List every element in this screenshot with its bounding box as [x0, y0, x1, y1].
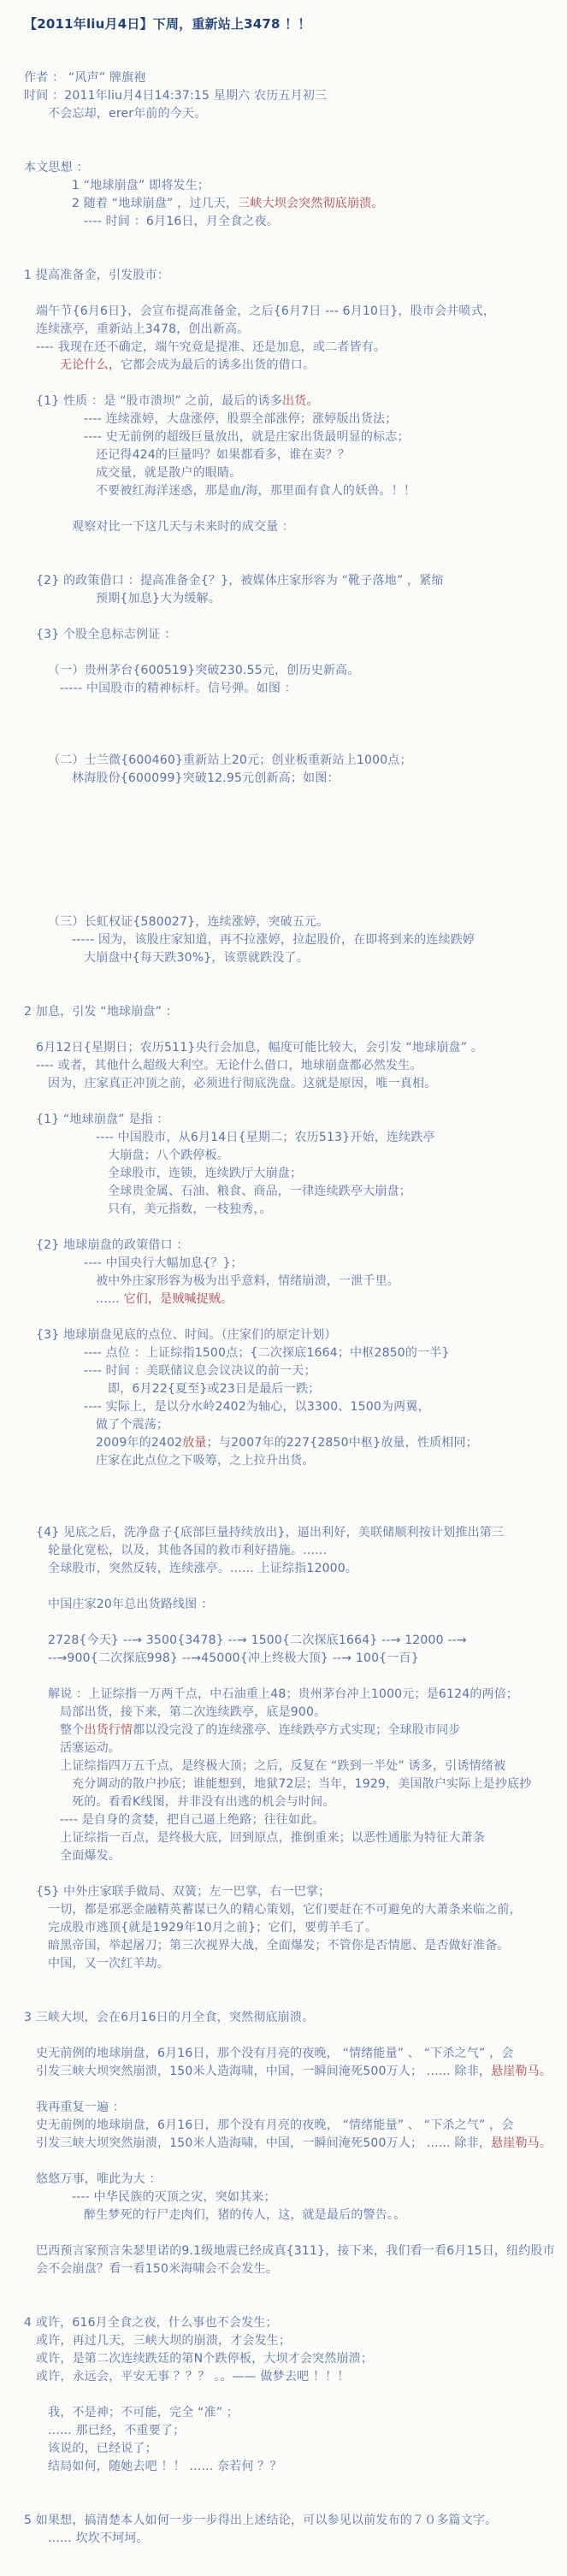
text-line: 做了个震荡； — [24, 1416, 558, 1434]
text-line: （三）长虹权证{580027}，连续涨婷，突破五元。 — [24, 913, 558, 931]
text-line: 不要被红海洋迷惑，那是血/海，那里面有食人的妖兽。！！ — [24, 482, 558, 500]
text-segment: ；与2007年的227{2850中枢}放量，性质相同； — [207, 1436, 478, 1450]
text-segment: {5} 中外庄家联手做局、双簧；左一巴掌，右一巴掌； — [36, 1885, 330, 1899]
text-line: 或许，是第二次连续跌廷的第N个跌停板，大坝才会突然崩溃； — [24, 2350, 558, 2368]
text-segment: 引发三峡大坝突然崩溃，150米人造海啸，中国，一瞬间淹死500万人； .....… — [36, 2136, 491, 2150]
text-line: 整个出货行情都以没完没了的连续涨亭、连续跌亭方式实现；全球股市同步 — [24, 1722, 558, 1740]
highlighted-text: 三峡大坝会突然彻底崩溃。 — [238, 197, 383, 210]
text-segment: 观察对比一下这几天与未来时的成交量 ： — [72, 520, 294, 534]
text-line: ...... 那已经，不重要了； — [24, 2422, 558, 2440]
text-line: ---- 我现在还不确定，端午究竟是提准、还是加息，或二者皆有。 — [24, 339, 558, 357]
text-segment: {4} 见底之后，洗净盘子{底部巨量持续放出}，逼出利好，美联储顺利按计划推出第… — [36, 1526, 504, 1539]
text-line: ---- 点位 ：上证综指1500点；{二次探底1664；中枢2850的一半} — [24, 1344, 558, 1362]
text-segment: 6月12日{星期日；农历511}央行会加息，幅度可能比较大，会引发 “地球崩盘”… — [36, 1041, 483, 1055]
text-line: ---- 连续涨婷，大盘涨停，股票全部涨停；涨婷版出货法； — [24, 411, 558, 428]
text-segment: 不会忘却，erer年前的今天。 — [48, 107, 206, 121]
text-line: 2 加息，引发 “地球崩盘” ： — [24, 1003, 558, 1021]
text-segment: 巴西预言家预言朱瑟里诺的9.1级地震已经成真{311}，接下来，我们看一看6月1… — [36, 2244, 555, 2258]
text-segment: {2} 的政策借口 ：提高准备金{？}，被媒体庄家形容为 “靴子落地” ，紧缩 — [36, 574, 444, 588]
text-line: --→900{二次探底998} --→45000{冲上终极大顶} --→ 100… — [24, 1650, 558, 1668]
text-segment: 死的。看看K线图，并非没有出逃的机会与时间。 — [72, 1795, 335, 1809]
text-segment: ---- 点位 ：上证综指1500点；{二次探底1664；中枢2850的一半} — [84, 1346, 450, 1360]
text-segment: 作者 ： “风声” 牌旗袍 — [24, 71, 145, 85]
text-line: 端午节{6月6日}，会宣布提高准备金，之后{6月7日 --- 6月10日}，股市… — [24, 303, 558, 321]
text-line: {1} “地球崩盘” 是指 ： — [24, 1111, 558, 1129]
text-line: ---- 中国央行大幅加息{？}； — [24, 1255, 558, 1273]
highlighted-text: 放量 — [182, 1436, 206, 1450]
text-segment: 本文思想 ： — [24, 161, 89, 174]
text-segment: 时间 ：2011年liu月4日14:37:15 星期六 农历五月初三 — [24, 89, 327, 103]
text-segment: 【2011年liu月4日】下周，重新站上3478 ！！ — [24, 16, 311, 32]
text-segment: 解说 ：上证综指一万两千点，中石油重上48；贵州茅台冲上1000元；是6124的… — [48, 1687, 518, 1701]
time-line: 时间 ：2011年liu月4日14:37:15 星期六 农历五月初三 — [24, 87, 558, 105]
text-segment: 结局如何，随她去吧 ！！ ...... 奈若何 ？？ — [48, 2460, 282, 2473]
text-line: ---- 中国股市，从6月14日{星期二；农历513}开始，连续跌亭 — [24, 1129, 558, 1147]
text-segment: 5 如果想，搞清楚本人如何一步一步得出上述结论，可以参见以前发布的７０多篇文字。 — [24, 2514, 497, 2527]
text-segment: 即，6月22{夏至}或23日是最后一跌； — [108, 1382, 320, 1396]
text-line: 引发三峡大坝突然崩溃，150米人造海啸，中国，一瞬间淹死500万人； .....… — [24, 2135, 558, 2153]
text-line: 全球股市，突然反转，连续涨亭。...... 上证综指12000。 — [24, 1560, 558, 1578]
text-segment: 轮量化宽松，以及，其他各国的救市利好措施。...... — [48, 1544, 327, 1557]
author-line: 作者 ： “风声” 牌旗袍 — [24, 69, 558, 87]
text-segment: ...... 坎坎不坷坷。 — [48, 2532, 149, 2545]
text-segment: 2009年的2402 — [96, 1436, 182, 1450]
text-segment: 或许，是第二次连续跌廷的第N个跌停板，大坝才会突然崩溃； — [36, 2352, 373, 2366]
text-segment: 中国，又一次红羊劫。 — [48, 1957, 169, 1970]
text-segment: 2728{今天} --→ 3500{3478} --→ 1500{二次探底166… — [48, 1634, 467, 1647]
text-segment: （一）贵州茅台{600519}突破230.55元，创历史新高。 — [48, 664, 359, 677]
text-line: 只有，美元指数，一枝独秀，。 — [24, 1201, 558, 1219]
text-segment: 都以没完没了的连续涨亭、连续跌亭方式实现；全球股市同步 — [133, 1723, 460, 1737]
text-segment: ---- 实际上，是以分水岭2402为轴心，以3300、1500为两翼， — [84, 1400, 430, 1414]
text-segment: 完成股市逃顶{就是1929年10月之前}；它们，要剪羊毛了。 — [48, 1921, 377, 1935]
text-line: 该说的，已经说了； — [24, 2440, 558, 2458]
text-segment: 林海股份{600099}突破12.95元创新高；如图： — [72, 771, 340, 785]
text-segment: {3} 地球崩盘见底的点位、时间。（庄家们的原定计划） — [36, 1328, 337, 1342]
text-line: 上证综指四万五千点，是终极大顶；之后，反复在 “跌到一半处” 诱多，引诱情绪被 — [24, 1758, 558, 1775]
text-segment: 全球贵金属、石油、粮食、商品，一律连续跌亭大崩盘； — [108, 1185, 411, 1198]
highlighted-text: 悬崖勒马。 — [491, 2136, 552, 2150]
text-line: 观察对比一下这几天与未来时的成交量 ： — [24, 518, 558, 536]
text-segment: {1} 性质 ：是 “股市溃坝” 之前，最后的诱多 — [36, 394, 282, 408]
text-segment: 醉生梦死的行尸走肉们，猪的传人，这，就是最后的警告。。 — [84, 2208, 405, 2222]
highlighted-text: 无论什么 — [60, 358, 109, 372]
text-segment: ---- 是自身的贪婪，把自己逼上绝路；往往如此。 — [60, 1813, 325, 1827]
text-line: 一切，都是邪恶金融精英蓄谋已久的精心策划，它们要赶在不可避免的大萧条来临之前， — [24, 1901, 558, 1919]
text-segment: 我再重复一遍 ： — [36, 2100, 125, 2114]
text-segment: ---- 中国股市，从6月14日{星期二；农历513}开始，连续跌亭 — [96, 1131, 435, 1144]
text-line: 林海股份{600099}突破12.95元创新高；如图： — [24, 770, 558, 788]
text-segment: ...... — [96, 1292, 124, 1306]
text-segment: 端午节{6月6日}，会宣布提高准备金，之后{6月7日 --- 6月10日}，股市… — [36, 304, 495, 318]
text-segment: 整个 — [60, 1723, 84, 1737]
text-segment: 只有，美元指数，一枝独秀，。 — [108, 1202, 272, 1216]
text-segment: 会不会崩盘？看一看150米海啸会不会发生。 — [36, 2262, 278, 2276]
text-line: 还记得424的巨量吗？如果都看多，谁在卖？？ — [24, 446, 558, 464]
text-line: 预期{加息}大为缓解。 — [24, 590, 558, 608]
text-line: 无论什么，它都会成为最后的诱多出货的借口。 — [24, 357, 558, 375]
highlighted-text: 出货行情 — [84, 1723, 133, 1737]
text-segment: ---- 我现在还不确定，端午究竟是提准、还是加息，或二者皆有。 — [36, 340, 386, 354]
text-line: 暗黑帝国，举起屠刀；第三次视界大战，全面爆发；不管你是否情愿、是否做好准备。 — [24, 1937, 558, 1955]
text-line: {3} 地球崩盘见底的点位、时间。（庄家们的原定计划） — [24, 1326, 558, 1344]
text-segment: 预期{加息}大为缓解。 — [96, 592, 221, 606]
text-line: 巴西预言家预言朱瑟里诺的9.1级地震已经成真{311}，接下来，我们看一看6月1… — [24, 2242, 558, 2260]
text-segment: （二）士兰微{600460}重新站上20元；创业板重新站上1000点； — [48, 753, 412, 767]
text-line: 不会忘却，erer年前的今天。 — [24, 105, 558, 123]
text-line: 庄家在此点位之下吸筹，之上拉升出货。 — [24, 1452, 558, 1470]
text-line: 即，6月22{夏至}或23日是最后一跌； — [24, 1380, 558, 1398]
text-segment: 3 三峡大坝，会在6月16日的月全食，突然彻底崩溃。 — [24, 2011, 314, 2024]
text-segment: ---- 时间 ：6月16日，月全食之夜。 — [84, 215, 279, 228]
text-line: 或许，永远会，平安无事 ？？？ 。。—— 做梦去吧 ！！！ — [24, 2368, 558, 2386]
text-line: 引发三峡大坝突然崩溃，150米人造海啸，中国，一瞬间淹死500万人； .....… — [24, 2063, 558, 2081]
text-line: 结局如何，随她去吧 ！！ ...... 奈若何 ？？ — [24, 2458, 558, 2476]
text-segment: 或许，永远会，平安无事 ？？？ 。。—— 做梦去吧 ！！！ — [36, 2370, 350, 2384]
text-segment: 4 或许，616月全食之夜，什么事也不会发生； — [24, 2316, 278, 2330]
text-line: {3} 个股全息标志例证 ： — [24, 626, 558, 644]
text-line: ...... 坎坎不坷坷。 — [24, 2530, 558, 2548]
text-segment: 成交量，就是散户的眼睛。 — [96, 466, 241, 480]
text-segment: 或许，再过几天，三峡大坝的崩溃，才会发生； — [36, 2334, 291, 2348]
text-segment: 史无前例的地球崩盘，6月16日，那个没有月亮的夜晚， “情绪能量” 、 “下杀之… — [36, 2047, 514, 2060]
text-segment: 被中外庄家形容为极为出乎意料，情绪崩溃，一泄千里。 — [96, 1274, 399, 1288]
text-segment: 1 提高准备金，引发股市： — [24, 269, 169, 282]
text-segment: 全球股市，连锁，连续跌厅大崩盘； — [108, 1167, 302, 1180]
text-line: 全球贵金属、石油、粮食、商品，一律连续跌亭大崩盘； — [24, 1183, 558, 1201]
text-line: 2728{今天} --→ 3500{3478} --→ 1500{二次探底166… — [24, 1632, 558, 1650]
text-line: {4} 见底之后，洗净盘子{底部巨量持续放出}，逼出利好，美联储顺利按计划推出第… — [24, 1524, 558, 1542]
text-line: 2009年的2402放量；与2007年的227{2850中枢}放量，性质相同； — [24, 1434, 558, 1452]
document-body: 【2011年liu月4日】下周，重新站上3478 ！！作者 ： “风声” 牌旗袍… — [24, 14, 558, 2548]
text-line: （一）贵州茅台{600519}突破230.55元，创历史新高。 — [24, 662, 558, 680]
text-segment: 我，不是神；不可能，完全 “准” ； — [48, 2406, 239, 2419]
text-segment: ---- 中国央行大幅加息{？}； — [84, 1256, 243, 1270]
text-line: {2} 地球崩盘的政策借口 ： — [24, 1237, 558, 1255]
text-line: 1 提高准备金，引发股市： — [24, 267, 558, 285]
text-segment: ---- 时间 ：美联储议息会议决议的前一天； — [84, 1364, 316, 1378]
text-segment: 全球股市，突然反转，连续涨亭。...... 上证综指12000。 — [48, 1562, 357, 1575]
text-line: （二）士兰微{600460}重新站上20元；创业板重新站上1000点； — [24, 752, 558, 770]
text-segment: 上证综指四万五千点，是终极大顶；之后，反复在 “跌到一半处” 诱多，引诱情绪被 — [60, 1759, 505, 1773]
text-line: {2} 的政策借口 ：提高准备金{？}，被媒体庄家形容为 “靴子落地” ，紧缩 — [24, 572, 558, 590]
text-segment: 局部出货，接下来，第二次连续跌亭，底是900。 — [60, 1705, 326, 1719]
text-segment: 悠悠万事，唯此为大 ： — [36, 2172, 162, 2186]
text-segment: 一切，都是邪恶金融精英蓄谋已久的精心策划，它们要赶在不可避免的大萧条来临之前， — [48, 1903, 522, 1917]
text-line: 5 如果想，搞清楚本人如何一步一步得出上述结论，可以参见以前发布的７０多篇文字。 — [24, 2512, 558, 2530]
text-line: 悠悠万事，唯此为大 ： — [24, 2171, 558, 2189]
text-line: ---- 时间 ：美联储议息会议决议的前一天； — [24, 1362, 558, 1380]
text-line: ---- 时间 ：6月16日，月全食之夜。 — [24, 213, 558, 231]
text-segment: 上证综指一百点，是终极大底，回到原点，推倒重来；以恶性通胀为特征大萧条 — [60, 1831, 485, 1845]
text-segment: {1} “地球崩盘” 是指 ： — [36, 1113, 169, 1126]
text-segment: 1 “地球崩盘” 即将发生； — [72, 179, 210, 192]
text-line: ---- 中华民族的灭顶之灾，突如其来； — [24, 2189, 558, 2207]
text-line: 或许，再过几天，三峡大坝的崩溃，才会发生； — [24, 2332, 558, 2350]
text-segment: ----- 中国股市的精神标杆。信号弹。如图 ： — [60, 682, 297, 695]
text-segment: 活塞运动。 — [60, 1741, 121, 1755]
text-segment: ----- 因为，该股庄家知道，再不拉涨婷，拉起股价，在即将到来的连续跌婷 — [72, 933, 475, 947]
text-line: 因为，庄家真正冲顶之前，必须进行彻底洗盘。这就是原因，唯一真相。 — [24, 1075, 558, 1093]
text-line: ---- 或者，其他什么超级大利空。无论什么借口，地球崩盘都必然发生。 — [24, 1057, 558, 1075]
text-segment: {2} 地球崩盘的政策借口 ： — [36, 1238, 189, 1252]
text-line: 大崩盘中{每天跌30%}，该票就跌没了。 — [24, 949, 558, 967]
text-segment: 史无前例的地球崩盘，6月16日，那个没有月亮的夜晚， “情绪能量” 、 “下杀之… — [36, 2118, 514, 2132]
text-segment: --→900{二次探底998} --→45000{冲上终极大顶} --→ 100… — [48, 1651, 419, 1665]
text-segment: 还记得424的巨量吗？如果都看多，谁在卖？？ — [96, 448, 350, 462]
text-line: 中国，又一次红羊劫。 — [24, 1955, 558, 1973]
text-line: 大崩盘；八个跌停板。 — [24, 1147, 558, 1165]
text-segment: 中国庄家20年总出货路线图 ： — [48, 1598, 213, 1611]
post-title: 【2011年liu月4日】下周，重新站上3478 ！！ — [24, 14, 558, 33]
highlighted-text: 悬崖勒马。 — [491, 2065, 552, 2078]
text-line: ---- 实际上，是以分水岭2402为轴心，以3300、1500为两翼， — [24, 1398, 558, 1416]
text-line: 成交量，就是散户的眼睛。 — [24, 464, 558, 482]
text-line: 醉生梦死的行尸走肉们，猪的传人，这，就是最后的警告。。 — [24, 2207, 558, 2224]
text-segment: {3} 个股全息标志例证 ： — [36, 628, 176, 641]
highlighted-text: 出货。 — [282, 394, 319, 408]
text-segment: ...... 那已经，不重要了； — [48, 2424, 185, 2437]
text-line: 活塞运动。 — [24, 1740, 558, 1758]
text-line: 连续涨亭，重新站上3478，创出新高。 — [24, 321, 558, 339]
text-line: 局部出货，接下来，第二次连续跌亭，底是900。 — [24, 1704, 558, 1722]
text-line: 6月12日{星期日；农历511}央行会加息，幅度可能比较大，会引发 “地球崩盘”… — [24, 1039, 558, 1057]
text-line: 3 三峡大坝，会在6月16日的月全食，突然彻底崩溃。 — [24, 2009, 558, 2027]
text-segment: 全面爆发。 — [60, 1849, 121, 1863]
text-segment: 2 随着 “地球崩盘” ，过几天， — [72, 197, 238, 210]
text-line: ...... 它们，是贼喊捉贼。 — [24, 1291, 558, 1309]
highlighted-text: 它们，是贼喊捉贼。 — [124, 1292, 233, 1306]
text-segment: 2 加息，引发 “地球崩盘” ： — [24, 1005, 178, 1019]
text-line: ---- 史无前例的超级巨量放出，就是庄家出货最明显的标志； — [24, 428, 558, 446]
text-line: 4 或许，616月全食之夜，什么事也不会发生； — [24, 2314, 558, 2332]
text-line: {5} 中外庄家联手做局、双簧；左一巴掌，右一巴掌； — [24, 1883, 558, 1901]
text-line: 本文思想 ： — [24, 159, 558, 177]
text-line: 会不会崩盘？看一看150米海啸会不会发生。 — [24, 2260, 558, 2278]
text-line: 我，不是神；不可能，完全 “准” ； — [24, 2404, 558, 2422]
text-line: 被中外庄家形容为极为出乎意料，情绪崩溃，一泄千里。 — [24, 1273, 558, 1291]
text-line: 史无前例的地球崩盘，6月16日，那个没有月亮的夜晚， “情绪能量” 、 “下杀之… — [24, 2045, 558, 2063]
text-line: 解说 ：上证综指一万两千点，中石油重上48；贵州茅台冲上1000元；是6124的… — [24, 1686, 558, 1704]
text-line: {1} 性质 ：是 “股市溃坝” 之前，最后的诱多出货。 — [24, 393, 558, 411]
text-line: 全球股市，连锁，连续跌厅大崩盘； — [24, 1165, 558, 1183]
text-line: 1 “地球崩盘” 即将发生； — [24, 177, 558, 195]
text-segment: 连续涨亭，重新站上3478，创出新高。 — [36, 322, 249, 336]
text-line: 上证综指一百点，是终极大底，回到原点，推倒重来；以恶性通胀为特征大萧条 — [24, 1829, 558, 1847]
text-line: ---- 是自身的贪婪，把自己逼上绝路；往往如此。 — [24, 1811, 558, 1829]
text-segment: 该说的，已经说了； — [48, 2442, 157, 2455]
text-line: 轮量化宽松，以及，其他各国的救市利好措施。...... — [24, 1542, 558, 1560]
text-segment: ---- 中华民族的灭顶之灾，突如其来； — [72, 2190, 276, 2204]
text-line: 史无前例的地球崩盘，6月16日，那个没有月亮的夜晚， “情绪能量” 、 “下杀之… — [24, 2117, 558, 2135]
text-line: 我再重复一遍 ： — [24, 2099, 558, 2117]
text-segment: 暗黑帝国，举起屠刀；第三次视界大战，全面爆发；不管你是否情愿、是否做好准备。 — [48, 1939, 510, 1953]
text-segment: 大崩盘中{每天跌30%}，该票就跌没了。 — [84, 951, 309, 965]
text-segment: ，它都会成为最后的诱多出货的借口。 — [109, 358, 315, 372]
text-segment: 因为，庄家真正冲顶之前，必须进行彻底洗盘。这就是原因，唯一真相。 — [48, 1077, 436, 1090]
text-line: 2 随着 “地球崩盘” ，过几天，三峡大坝会突然彻底崩溃。 — [24, 195, 558, 213]
text-line: 完成股市逃顶{就是1929年10月之前}；它们，要剪羊毛了。 — [24, 1919, 558, 1937]
text-segment: 做了个震荡； — [96, 1418, 168, 1432]
text-line: ----- 中国股市的精神标杆。信号弹。如图 ： — [24, 680, 558, 698]
text-segment: 充分调动的散户抄底；谁能想到，地狱72层；当年，1929，美国散户实际上是抄底抄 — [72, 1777, 531, 1791]
text-line: ----- 因为，该股庄家知道，再不拉涨婷，拉起股价，在即将到来的连续跌婷 — [24, 931, 558, 949]
text-segment: （三）长虹权证{580027}，连续涨婷，突破五元。 — [48, 915, 328, 929]
text-segment: 庄家在此点位之下吸筹，之上拉升出货。 — [96, 1454, 315, 1468]
text-line: 中国庄家20年总出货路线图 ： — [24, 1596, 558, 1614]
text-segment: ---- 史无前例的超级巨量放出，就是庄家出货最明显的标志； — [84, 430, 410, 444]
text-segment: 不要被红海洋迷惑，那是血/海，那里面有食人的妖兽。！！ — [96, 484, 416, 498]
text-line: 充分调动的散户抄底；谁能想到，地狱72层；当年，1929，美国散户实际上是抄底抄 — [24, 1775, 558, 1793]
text-segment: ---- 或者，其他什么超级大利空。无论什么借口，地球崩盘都必然发生。 — [36, 1059, 422, 1072]
text-segment: ---- 连续涨婷，大盘涨停，股票全部涨停；涨婷版出货法； — [84, 412, 397, 426]
text-segment: 引发三峡大坝突然崩溃，150米人造海啸，中国，一瞬间淹死500万人； .....… — [36, 2065, 491, 2078]
text-line: 死的。看看K线图，并非没有出逃的机会与时间。 — [24, 1793, 558, 1811]
text-segment: 大崩盘；八个跌停板。 — [108, 1149, 229, 1162]
text-line: 全面爆发。 — [24, 1847, 558, 1865]
